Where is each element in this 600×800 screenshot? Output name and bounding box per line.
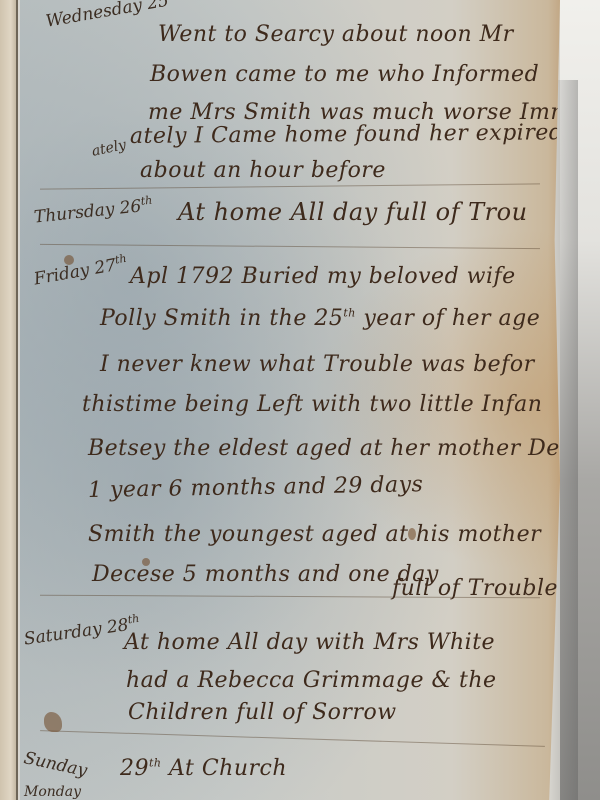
entry-day-label: Friday 27th xyxy=(32,252,129,290)
entry-line: Decese 5 months and one day xyxy=(92,562,439,587)
margin-note: ately xyxy=(90,137,127,160)
entry-line: ately I Came home found her expired xyxy=(130,120,564,149)
diary-page: Wednesday 25 Went to Searcy about noon M… xyxy=(20,0,560,800)
entry-day-label: Monday xyxy=(24,784,81,800)
entry-day-label: Wednesday 25 xyxy=(44,0,170,32)
entry-line: Bowen came to me who Informed xyxy=(150,62,539,87)
entry-line: 1 year 6 months and 29 days xyxy=(88,472,424,503)
entry-line: 29th At Church xyxy=(120,756,287,781)
entry-line: I never knew what Trouble was befor xyxy=(100,352,535,377)
entry-line: At home All day with Mrs White xyxy=(124,630,495,655)
entry-line: had a Rebecca Grimmage & the xyxy=(126,668,497,693)
entry-divider xyxy=(40,183,540,189)
entry-divider xyxy=(40,244,540,249)
entry-line: Polly Smith in the 25th year of her age xyxy=(100,306,540,331)
entry-line: thistime being Left with two little Infa… xyxy=(82,392,542,417)
entry-line: At home All day full of Trou xyxy=(178,198,528,226)
ink-stain xyxy=(44,712,62,732)
entry-line: Betsey the eldest aged at her mother De xyxy=(88,436,560,461)
entry-line: Smith the youngest aged at his mother xyxy=(88,522,541,547)
entry-divider xyxy=(40,730,545,747)
entry-line: full of Trouble xyxy=(392,576,558,601)
adjacent-page-edge xyxy=(0,0,18,800)
entry-day-label: Sunday xyxy=(22,748,89,781)
entry-line: about an hour before xyxy=(140,158,386,183)
entry-line: Went to Searcy about noon Mr xyxy=(158,22,514,47)
entry-line: Children full of Sorrow xyxy=(128,700,397,725)
entry-line: Apl 1792 Buried my beloved wife xyxy=(130,264,516,289)
entry-day-label: Thursday 26th xyxy=(33,194,154,228)
